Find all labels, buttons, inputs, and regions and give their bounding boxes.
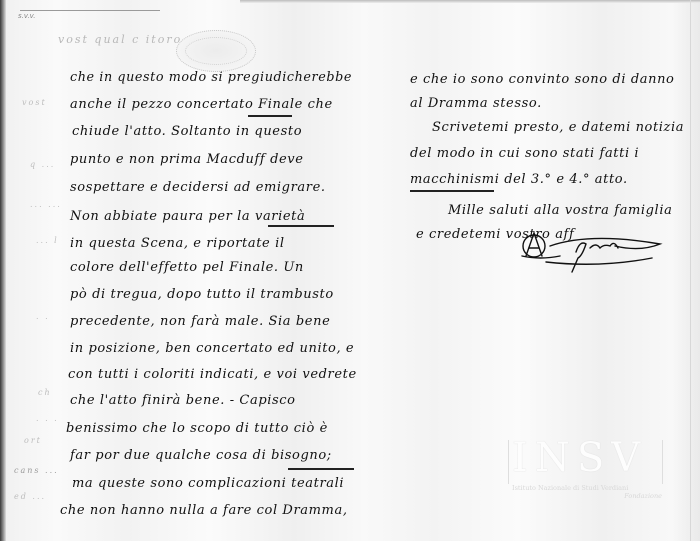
bleed-through-header: vost qual c itoro xyxy=(58,33,182,46)
letter-line: Scrivetemi presto, e datemi notizia xyxy=(432,120,684,135)
letter-line: far por due qualche cosa di bisogno; xyxy=(70,448,332,463)
underline-macchinismi xyxy=(410,190,494,192)
margin-ghost-mark: . . xyxy=(36,312,50,321)
watermark-letter: S xyxy=(577,438,611,478)
oval-stamp-icon xyxy=(176,30,256,72)
page-fold-line xyxy=(690,0,691,541)
watermark-bar xyxy=(508,440,509,484)
letter-line: colore dell'effetto pel Finale. Un xyxy=(70,260,304,275)
letter-line: pò di tregua, dopo tutto il trambusto xyxy=(70,287,334,302)
letter-page: s.v.v. vost qual c itoro vost q ... ... … xyxy=(0,0,700,541)
watermark-bar xyxy=(662,440,663,484)
watermark-institute: Istituto Nazionale di Studi Verdiani xyxy=(512,484,672,492)
letter-line: in posizione, ben concertato ed unito, e xyxy=(70,341,354,356)
letter-line: Mille saluti alla vostra famiglia xyxy=(448,203,672,218)
letter-line: e che io sono convinto sono di danno xyxy=(410,72,674,87)
margin-ghost-mark: ... l xyxy=(36,236,59,245)
watermark-letter: I xyxy=(512,438,535,478)
letter-line: punto e non prima Macduff deve xyxy=(70,152,304,167)
letter-line: che l'atto finirà bene. - Capisco xyxy=(70,393,296,408)
watermark-letter: V xyxy=(611,438,647,478)
letter-line: benissimo che lo scopo di tutto ciò è xyxy=(66,421,328,436)
letter-line: con tutti i coloriti indicati, e voi ved… xyxy=(68,367,357,382)
letter-line: chiude l'atto. Soltanto in questo xyxy=(72,124,302,139)
letter-line: Non abbiate paura per la varietà xyxy=(70,209,305,224)
margin-ghost-mark: . . . xyxy=(36,414,59,423)
letter-line: sospettare e decidersi ad emigrare. xyxy=(70,180,326,195)
margin-ghost-mark: vost xyxy=(22,98,47,107)
letter-line: al Dramma stesso. xyxy=(410,96,542,111)
letter-line: che non hanno nulla a fare col Dramma, xyxy=(60,503,348,518)
letter-line: in questa Scena, e riportate il xyxy=(70,236,285,251)
letter-line: precedente, non farà male. Sia bene xyxy=(70,314,330,329)
margin-ghost-mark: q ... xyxy=(30,160,55,169)
underline-bisogno xyxy=(288,468,354,470)
margin-ghost-mark: ort xyxy=(24,436,42,445)
watermark-letters: I N S V xyxy=(512,438,662,478)
underline-finale xyxy=(248,115,292,117)
letter-line: macchinismi del 3.° e 4.° atto. xyxy=(410,172,628,187)
letter-line-text: anche il pezzo concertato Finale che xyxy=(70,97,333,112)
signature-icon xyxy=(520,222,665,278)
stamp-inner-ring xyxy=(185,37,247,65)
corner-note: s.v.v. xyxy=(18,12,35,20)
insv-watermark: I N S V Istituto Nazionale di Studi Verd… xyxy=(512,438,662,500)
watermark-fondazione: Fondazione xyxy=(624,492,662,500)
margin-ghost-mark: ch xyxy=(38,388,52,397)
watermark-letter: N xyxy=(535,438,577,478)
top-pencil-rule xyxy=(20,10,160,11)
underline-varieta xyxy=(268,225,334,227)
letter-line: che in questo modo si pregiudicherebbe xyxy=(70,70,352,85)
scan-left-edge xyxy=(0,0,6,541)
letter-line: del modo in cui sono stati fatti i xyxy=(410,146,639,161)
scan-top-edge xyxy=(240,0,700,3)
margin-ghost-mark: ed ... xyxy=(14,492,46,501)
margin-ghost-mark: cans ... xyxy=(14,466,59,475)
letter-line: ma queste sono complicazioni teatrali xyxy=(72,476,344,491)
letter-line: anche il pezzo concertato Finale che xyxy=(70,97,333,112)
margin-ghost-mark: ... ... xyxy=(30,200,62,209)
